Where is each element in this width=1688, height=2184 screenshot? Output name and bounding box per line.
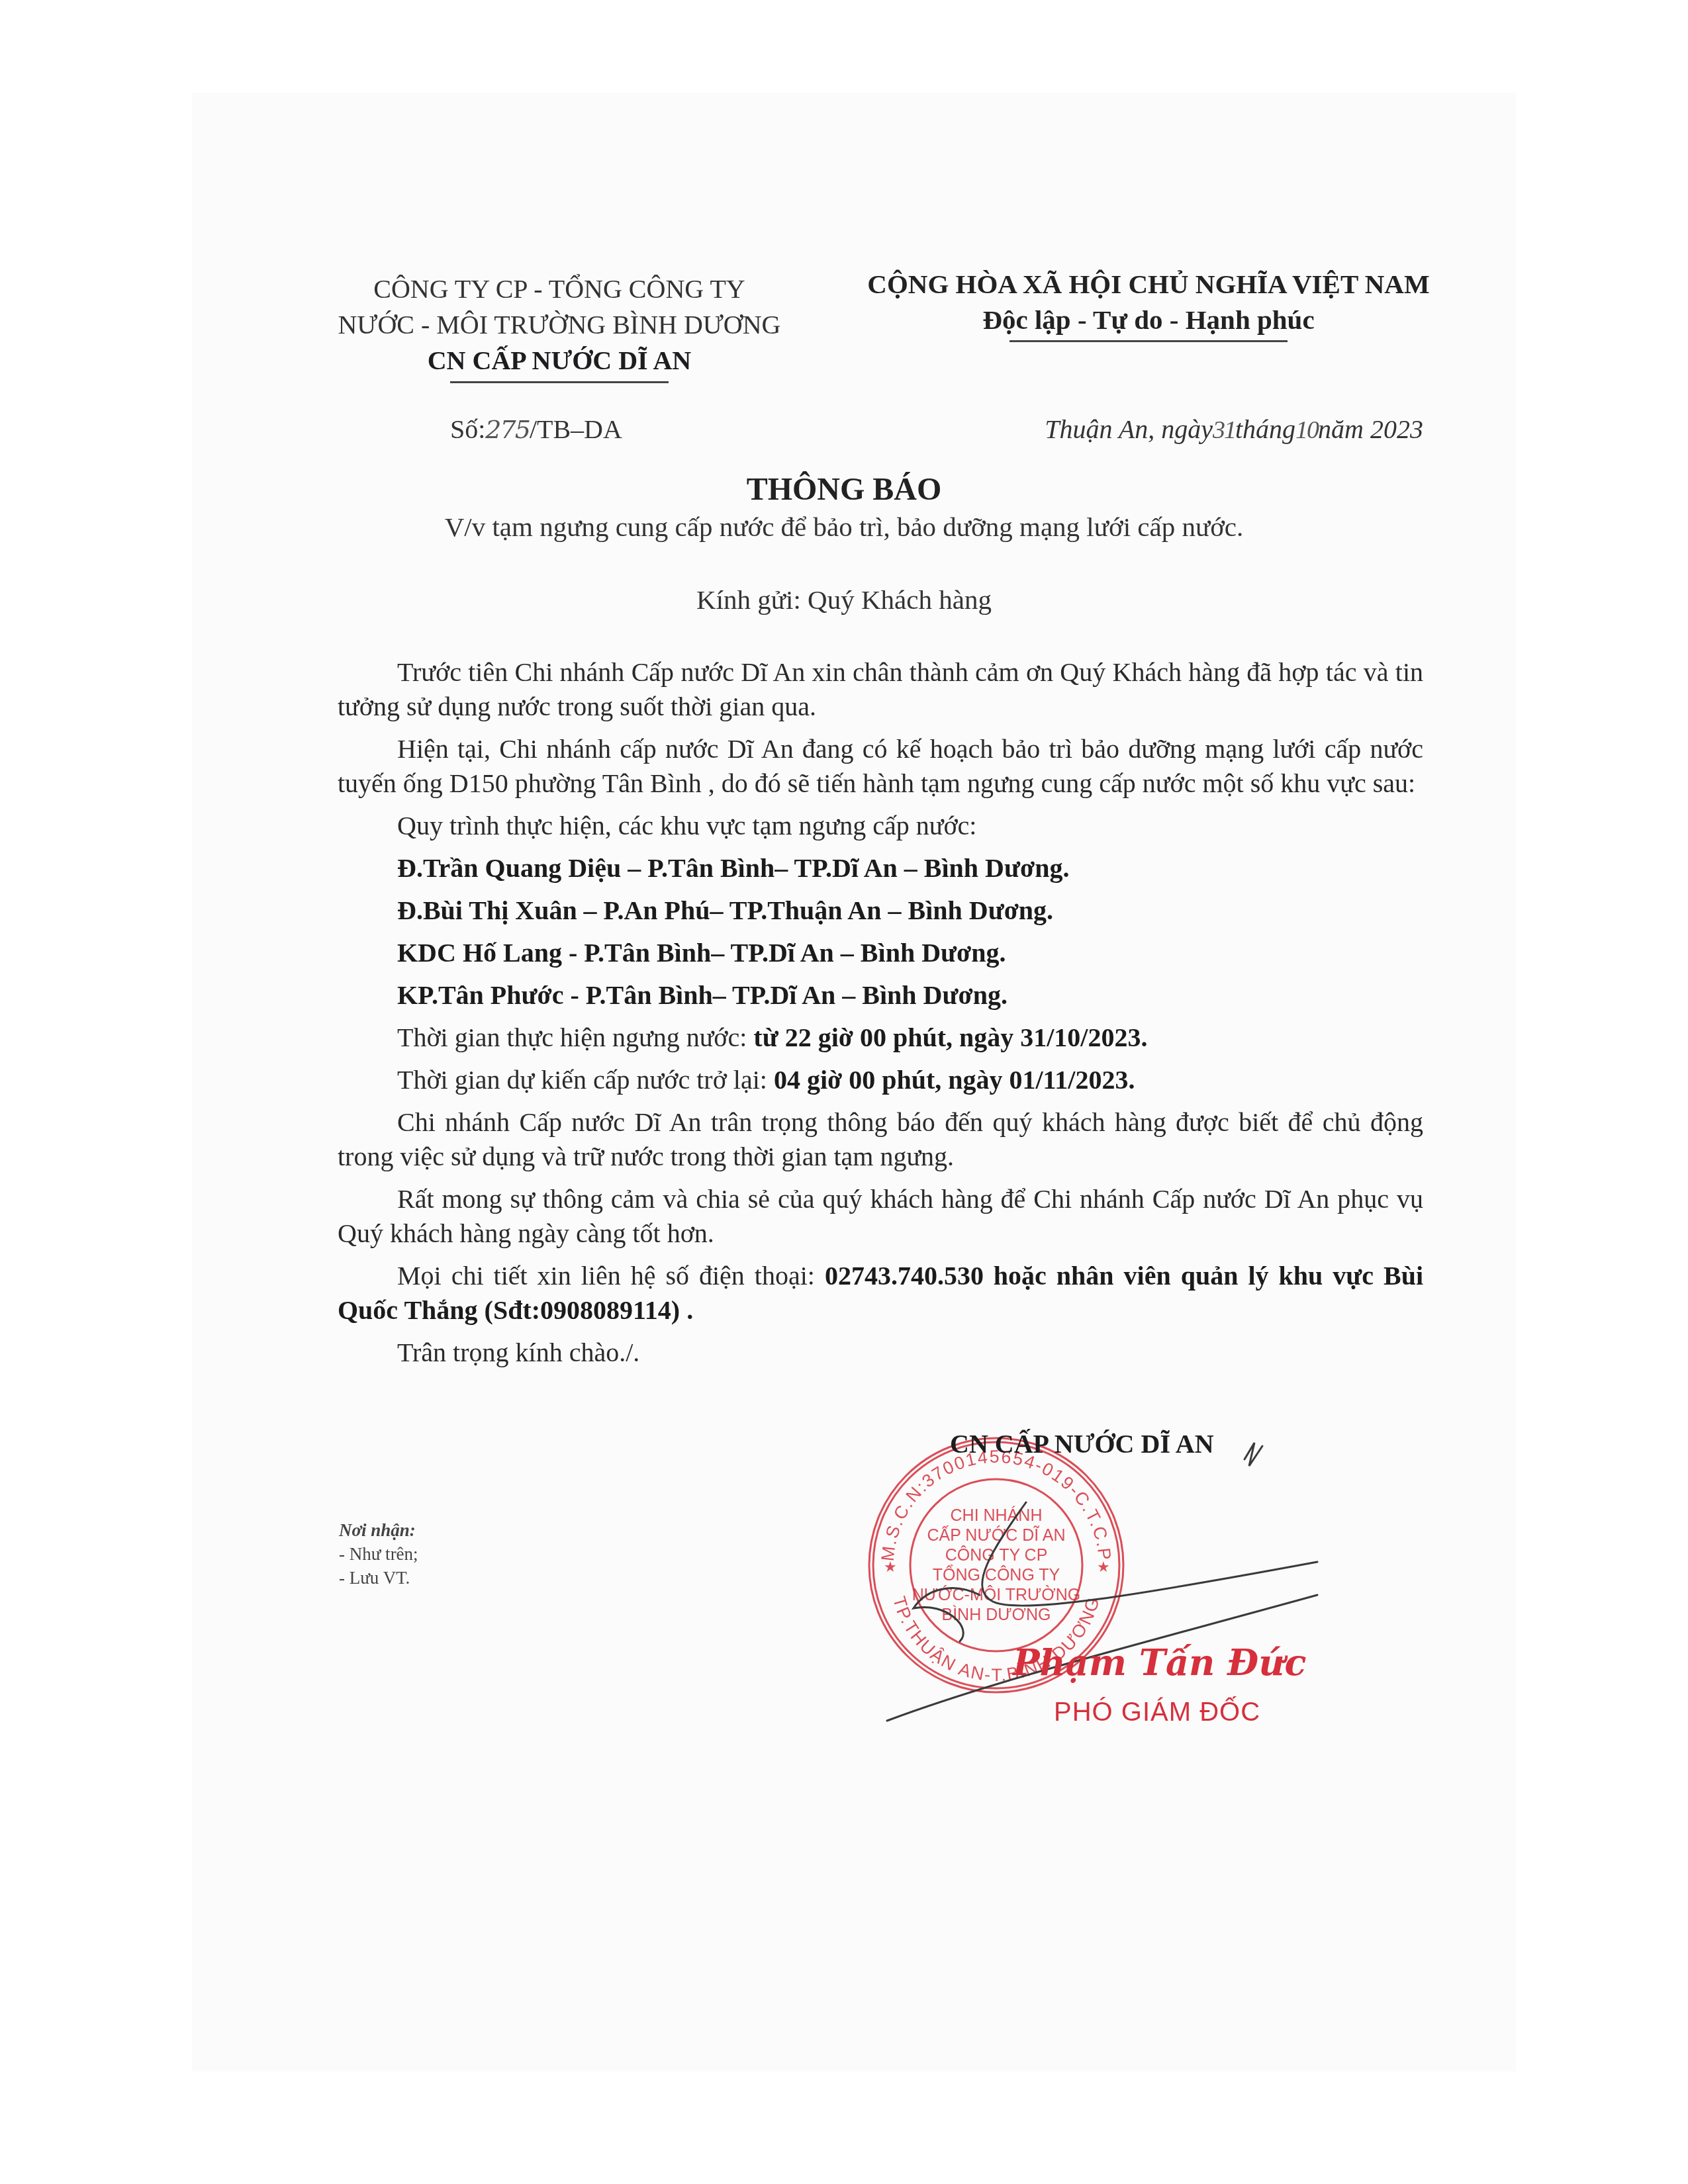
advice-paragraph: Chi nhánh Cấp nước Dĩ An trân trọng thôn… — [338, 1105, 1423, 1174]
closing: Trân trọng kính chào./. — [338, 1336, 1423, 1370]
resume-time-value: 04 giờ 00 phút, ngày 01/11/2023. — [774, 1065, 1135, 1095]
issuer-header: CÔNG TY CP - TỔNG CÔNG TY NƯỚC - MÔI TRƯ… — [298, 271, 821, 383]
doc-number-label: Số: — [450, 414, 485, 444]
national-motto: Độc lập - Tự do - Hạnh phúc — [841, 302, 1456, 338]
recipient-item: - Như trên; — [339, 1542, 418, 1566]
stop-time-label: Thời gian thực hiện ngưng nước: — [397, 1023, 753, 1052]
area-item: Đ.Bùi Thị Xuân – P.An Phú– TP.Thuận An –… — [338, 893, 1423, 928]
document-number: Số:275/TB–DA — [450, 414, 622, 445]
recipients-label: Nơi nhận: — [339, 1518, 418, 1542]
notice-subject: V/v tạm ngưng cung cấp nước để bảo trì, … — [0, 511, 1688, 543]
date-month-label: tháng — [1235, 414, 1295, 444]
areas-intro: Quy trình thực hiện, các khu vực tạm ngư… — [338, 809, 1423, 843]
issuer-underline — [450, 381, 669, 383]
apology-paragraph: Rất mong sự thông cảm và chia sẻ của quý… — [338, 1182, 1423, 1251]
resume-time-label: Thời gian dự kiến cấp nước trở lại: — [397, 1065, 774, 1095]
national-header: CỘNG HÒA XÃ HỘI CHỦ NGHĨA VIỆT NAM Độc l… — [841, 266, 1456, 342]
date-year: năm 2023 — [1318, 414, 1423, 444]
national-title: CỘNG HÒA XÃ HỘI CHỦ NGHĨA VIỆT NAM — [841, 266, 1456, 302]
signer-name: Phạm Tấn Đức — [1013, 1641, 1306, 1684]
date-month-handwritten: 10 — [1295, 416, 1318, 444]
greeting: Kính gửi: Quý Khách hàng — [0, 584, 1688, 615]
intro-paragraph: Trước tiên Chi nhánh Cấp nước Dĩ An xin … — [338, 655, 1423, 724]
notice-title: THÔNG BÁO — [0, 471, 1688, 508]
date-place: Thuận An, ngày — [1045, 414, 1213, 444]
notice-body: Trước tiên Chi nhánh Cấp nước Dĩ An xin … — [338, 655, 1423, 1378]
area-item: KDC Hố Lang - P.Tân Bình– TP.Dĩ An – Bìn… — [338, 936, 1423, 970]
contact-label: Mọi chi tiết xin liên hệ số điện thoại: — [397, 1261, 825, 1291]
issuer-branch: CN CẤP NƯỚC DĨ AN — [298, 343, 821, 379]
recipient-item: - Lưu VT. — [339, 1566, 418, 1590]
doc-number-handwritten: 275 — [485, 415, 530, 444]
resume-time: Thời gian dự kiến cấp nước trở lại: 04 g… — [338, 1063, 1423, 1097]
issuer-line-2: NƯỚC - MÔI TRƯỜNG BÌNH DƯƠNG — [298, 307, 821, 343]
signer-title: PHÓ GIÁM ĐỐC — [1054, 1698, 1260, 1727]
date-day-handwritten: 31 — [1213, 416, 1235, 444]
stop-time: Thời gian thực hiện ngưng nước: từ 22 gi… — [338, 1021, 1423, 1055]
stop-time-value: từ 22 giờ 00 phút, ngày 31/10/2023. — [753, 1023, 1147, 1052]
motto-underline — [1009, 340, 1288, 342]
issuer-line-1: CÔNG TY CP - TỔNG CÔNG TY — [298, 271, 821, 307]
handwritten-signature-icon — [861, 1430, 1324, 1741]
doc-number-suffix: /TB–DA — [530, 414, 622, 444]
area-item: Đ.Trần Quang Diệu – P.Tân Bình– TP.Dĩ An… — [338, 851, 1423, 886]
document-date: Thuận An, ngày31tháng10năm 2023 — [1045, 414, 1423, 445]
contact-paragraph: Mọi chi tiết xin liên hệ số điện thoại: … — [338, 1259, 1423, 1328]
area-item: KP.Tân Phước - P.Tân Bình– TP.Dĩ An – Bì… — [338, 978, 1423, 1013]
recipients: Nơi nhận: - Như trên; - Lưu VT. — [339, 1518, 418, 1590]
plan-paragraph: Hiện tại, Chi nhánh cấp nước Dĩ An đang … — [338, 732, 1423, 801]
